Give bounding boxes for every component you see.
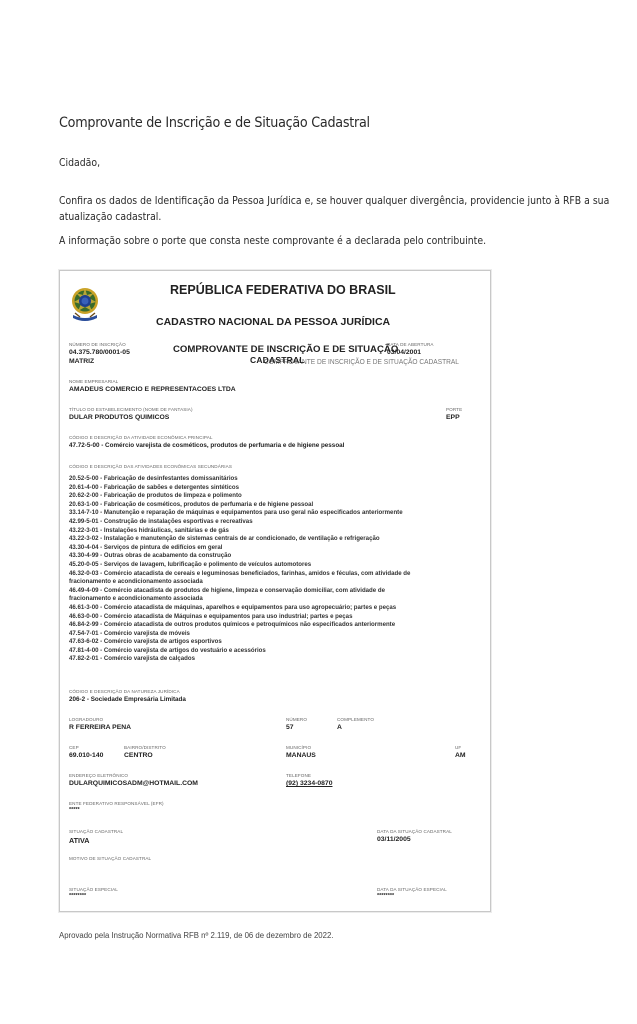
list-item: 43.30-4-99 - Outras obras de acabamento … [69,552,410,561]
list-item: 47.63-6-02 - Comércio varejista de artig… [69,638,410,647]
motivo-label: MOTIVO DE SITUAÇÃO CADASTRAL [69,856,151,861]
header-republic: REPÚBLICA FEDERATIVA DO BRASIL [170,283,396,297]
complemento-value: A [337,724,342,731]
confirm-instructions: Confira os dados de Identificação da Pes… [59,193,637,225]
list-item: 43.22-3-02 - Instalação e manutenção de … [69,535,410,544]
complemento-label: COMPLEMENTO [337,717,374,722]
list-item: 45.20-0-05 - Serviços de lavagem, lubrif… [69,561,410,570]
list-item: 46.61-3-00 - Comércio atacadista de máqu… [69,604,410,613]
header-cadastral: CADASTRAL [250,355,305,365]
cep-label: CEP [69,745,79,750]
data-situacao-label: DATA DA SITUAÇÃO CADASTRAL [377,829,452,834]
porte-label: PORTE [446,407,462,412]
inscricao-value: 04.375.780/0001-05 [69,349,130,356]
inscricao-label: NÚMERO DE INSCRIÇÃO [69,342,126,347]
inscricao-tipo: MATRIZ [69,358,94,365]
efr-value: ***** [69,807,80,813]
bairro-value: CENTRO [124,752,153,759]
greeting-text: Cidadão, [59,155,100,171]
municipio-label: MUNICÍPIO [286,745,311,750]
list-item: 42.99-5-01 - Construção de instalações e… [69,518,410,527]
email-value: DULARQUIMICOSADM@HOTMAIL.COM [69,780,198,787]
situacao-especial-label: SITUAÇÃO ESPECIAL [69,887,118,892]
uf-label: UF [455,745,461,750]
porte-value: EPP [446,414,460,421]
situacao-value: ATIVA [69,836,90,845]
numero-label: NÚMERO [286,717,307,722]
email-label: ENDEREÇO ELETRÔNICO [69,773,128,778]
data-situacao-especial-label: DATA DA SITUAÇÃO ESPECIAL [377,887,447,892]
list-item: 46.63-0-00 - Comércio atacadista de Máqu… [69,613,410,622]
atividade-principal-value: 47.72-5-00 - Comércio varejista de cosmé… [69,442,344,449]
header-comprovante: COMPROVANTE DE INSCRIÇÃO E DE SITUAÇÃO [173,344,398,355]
list-item: 20.61-4-00 - Fabricação de sabões e dete… [69,484,410,493]
telefone-link[interactable]: (92) 3234-0870 [286,780,332,787]
telefone-label: TELEFONE [286,773,311,778]
municipio-value: MANAUS [286,752,316,759]
situacao-label: SITUAÇÃO CADASTRAL [69,829,123,834]
bairro-label: BAIRRO/DISTRITO [124,745,166,750]
nome-fantasia-value: DULAR PRODUTOS QUIMICOS [69,414,169,421]
natureza-juridica-label: CÓDIGO E DESCRIÇÃO DA NATUREZA JURÍDICA [69,689,180,694]
list-item: 33.14-7-10 - Manutenção e reparação de m… [69,509,410,518]
list-item: 43.22-3-01 - Instalações hidráulicas, sa… [69,527,410,536]
nome-fantasia-label: TÍTULO DO ESTABELECIMENTO (NOME DE FANTA… [69,407,193,412]
situacao-especial-value: ******** [69,893,86,899]
page-title: Comprovante de Inscrição e de Situação C… [59,115,370,131]
efr-label: ENTE FEDERATIVO RESPONSÁVEL (EFR) [69,801,164,806]
nome-empresarial-value: AMADEUS COMERCIO E REPRESENTACOES LTDA [69,386,236,393]
footer-approval-note: Aprovado pela Instrução Normativa RFB nº… [59,931,333,940]
logradouro-value: R FERREIRA PENA [69,724,131,731]
atividades-secundarias-label: CÓDIGO E DESCRIÇÃO DAS ATIVIDADES ECONÔM… [69,464,232,469]
natureza-juridica-value: 206-2 - Sociedade Empresária Limitada [69,696,186,703]
list-item: 46.32-0-03 - Comércio atacadista de cere… [69,570,410,579]
list-item: 46.49-4-09 - Comércio atacadista de prod… [69,587,410,596]
logradouro-label: LOGRADOURO [69,717,103,722]
header-cadastro-nacional: CADASTRO NACIONAL DA PESSOA JURÍDICA [156,316,390,328]
cnpj-certificate-card: REPÚBLICA FEDERATIVA DO BRASIL CADASTRO … [59,270,491,912]
list-item: 20.62-2-00 - Fabricação de produtos de l… [69,492,410,501]
data-situacao-value: 03/11/2005 [377,836,411,843]
list-item-continuation: fracionamento e acondicionamento associa… [69,578,410,587]
atividade-principal-label: CÓDIGO E DESCRIÇÃO DA ATIVIDADE ECONÔMIC… [69,435,213,440]
porte-disclaimer: A informação sobre o porte que consta ne… [59,233,486,249]
list-item: 20.63-1-00 - Fabricação de cosméticos, p… [69,501,410,510]
list-item: 47.81-4-00 - Comércio varejista de artig… [69,647,410,656]
list-item: 20.52-5-00 - Fabricação de desinfestante… [69,475,410,484]
list-item-continuation: fracionamento e acondicionamento associa… [69,595,410,604]
abertura-label: DATA DE ABERTURA [387,342,434,347]
cep-value: 69.010-140 [69,752,103,759]
list-item: 43.30-4-04 - Serviços de pintura de edif… [69,544,410,553]
list-item: 47.54-7-01 - Comércio varejista de móvei… [69,630,410,639]
list-item: 47.82-2-01 - Comércio varejista de calça… [69,655,410,664]
numero-value: 57 [286,724,294,731]
uf-value: AM [455,752,466,759]
list-item: 46.84-2-99 - Comércio atacadista de outr… [69,621,410,630]
abertura-value: 03/04/2001 [387,349,421,356]
brazil-coat-of-arms-icon [68,285,102,325]
atividades-secundarias-list: 20.52-5-00 - Fabricação de desinfestante… [69,475,410,664]
data-situacao-especial-value: ******** [377,893,394,899]
nome-empresarial-label: NOME EMPRESARIAL [69,379,118,384]
